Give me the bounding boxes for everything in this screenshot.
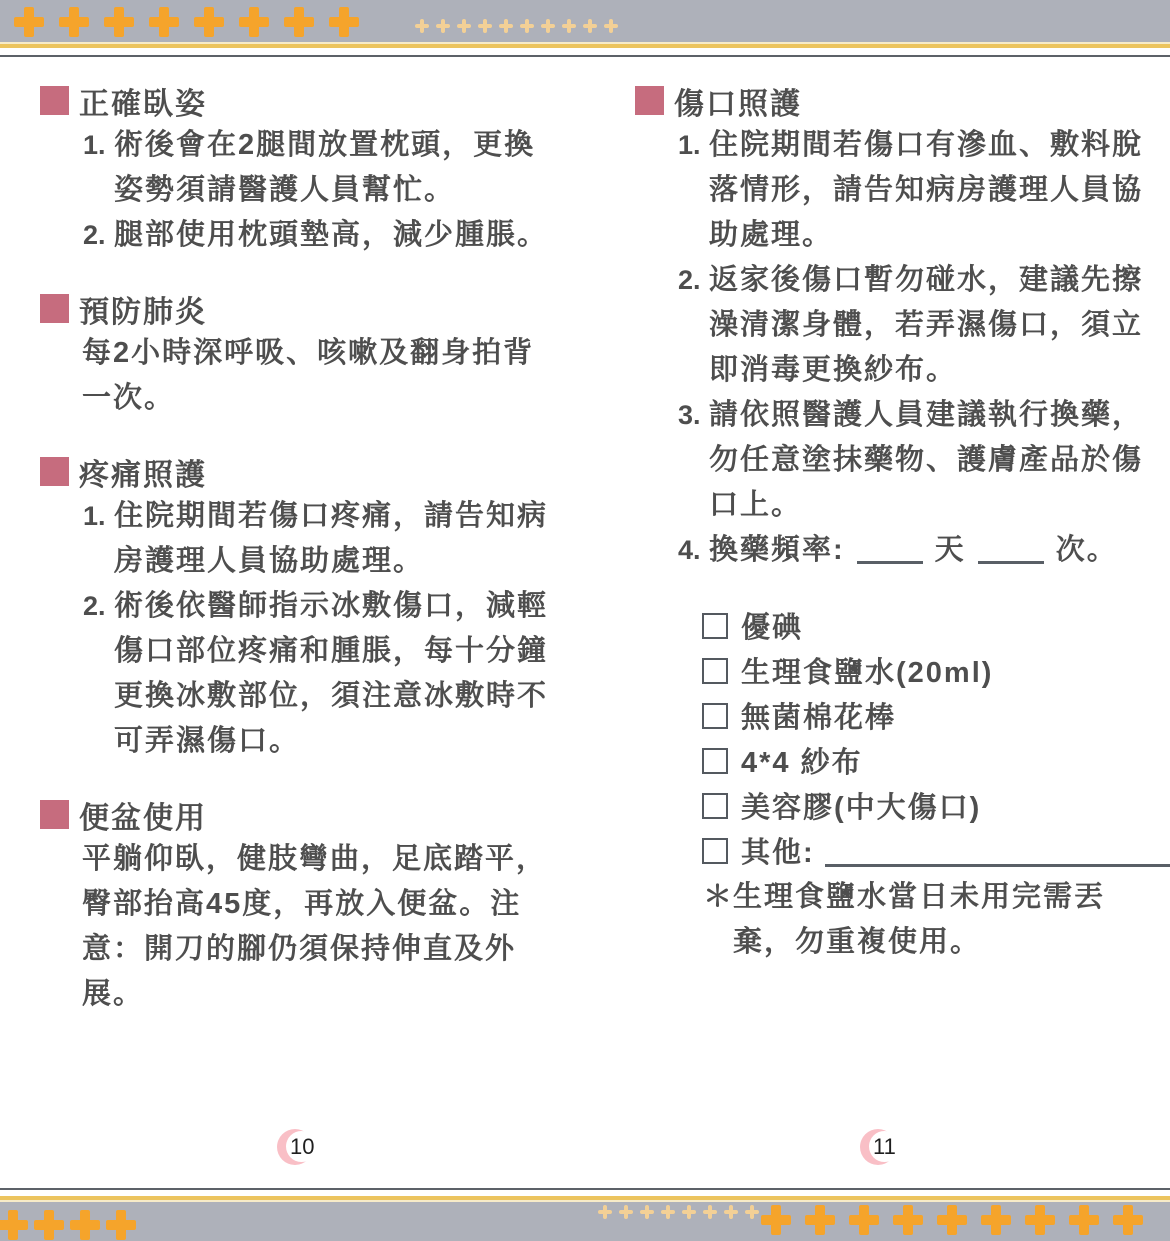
checkbox[interactable]	[702, 658, 728, 684]
plus-icon	[640, 1205, 654, 1219]
list-item: 2. 腿部使用枕頭墊高，減少腫脹。	[83, 213, 585, 258]
checklist-item-sterile-swab: 無菌棉花棒	[702, 693, 1170, 738]
bottom-dark-rule	[0, 1188, 1170, 1190]
plus-icon	[1025, 1205, 1055, 1235]
list-item: 1. 術後會在2腿間放置枕頭，更換 姿勢須請醫護人員幫忙。	[83, 123, 585, 213]
section-correct-lying-posture: 正確臥姿 1. 術後會在2腿間放置枕頭，更換 姿勢須請醫護人員幫忙。 2. 腿部…	[40, 78, 585, 258]
plus-icon	[0, 1210, 28, 1240]
plus-icon	[604, 19, 618, 33]
list-item: 1. 住院期間若傷口有滲血、敷料脫 落情形，請告知病房護理人員協 助處理。	[678, 123, 1170, 258]
plus-icon	[805, 1205, 835, 1235]
list-item: 3. 請依照醫護人員建議執行換藥， 勿任意塗抹藥物、護膚產品於傷 口上。	[678, 393, 1170, 528]
plus-icon	[562, 19, 576, 33]
list-item-text: 住院期間若傷口有滲血、敷料脫 落情形，請告知病房護理人員協 助處理。	[709, 123, 1143, 258]
list-item-number: 1.	[83, 494, 114, 584]
plus-icon	[598, 1205, 612, 1219]
saline-note: ＊ 生理食鹽水當日未用完需丟 棄，勿重複使用。	[703, 875, 1170, 965]
checklist-item-surgical-tape: 美容膠(中大傷口)	[702, 783, 1170, 828]
bottom-plus-row-small	[598, 1205, 759, 1219]
section-bullet-square	[40, 800, 69, 829]
section-wound-care: 傷口照護 1. 住院期間若傷口有滲血、敷料脫 落情形，請告知病房護理人員協 助處…	[635, 78, 1170, 965]
list-item-number: 2.	[83, 213, 114, 258]
dressing-frequency-line: 4.換藥頻率:天次。	[678, 528, 1170, 573]
note-text: 生理食鹽水當日未用完需丟 棄，勿重複使用。	[733, 875, 1105, 965]
checkbox[interactable]	[702, 793, 728, 819]
plus-icon	[761, 1205, 791, 1235]
list-item: 1. 住院期間若傷口疼痛，請告知病 房護理人員協助處理。	[83, 494, 585, 584]
plus-icon	[849, 1205, 879, 1235]
list-item-text: 請依照醫護人員建議執行換藥， 勿任意塗抹藥物、護膚產品於傷 口上。	[709, 393, 1143, 528]
top-dark-rule	[0, 55, 1170, 57]
frequency-times-blank-field[interactable]	[978, 557, 1044, 564]
checkbox-label: 生理食鹽水(20ml)	[741, 650, 993, 691]
section-header: 便盆使用	[40, 792, 585, 837]
section-header: 預防肺炎	[40, 286, 585, 331]
bottom-plus-row-large-left	[0, 1210, 136, 1240]
section-title: 傷口照護	[674, 79, 802, 123]
frequency-label: 換藥頻率:	[709, 528, 845, 573]
top-plus-row-small	[415, 19, 618, 33]
list-item-number: 2.	[678, 258, 709, 393]
plus-icon	[457, 19, 471, 33]
list-item-number: 3.	[678, 393, 709, 528]
list-item-text: 住院期間若傷口疼痛，請告知病 房護理人員協助處理。	[114, 494, 548, 584]
section-pneumonia-prevention: 預防肺炎 每2小時深呼吸、咳嗽及翻身拍背 一次。	[40, 286, 585, 421]
list-item: 2. 術後依醫師指示冰敷傷口，減輕 傷口部位疼痛和腫脹，每十分鐘 更換冰敷部位，…	[83, 584, 585, 764]
plus-icon	[478, 19, 492, 33]
list-item-number: 2.	[83, 584, 114, 764]
top-plus-row-large	[14, 7, 359, 37]
plus-icon	[104, 7, 134, 37]
checklist-item-saline: 生理食鹽水(20ml)	[702, 648, 1170, 693]
top-gold-rule	[0, 44, 1170, 48]
page-number: 11	[873, 1134, 896, 1160]
checkbox[interactable]	[702, 703, 728, 729]
checklist-item-iodine: 優碘	[702, 603, 1170, 648]
plus-icon	[682, 1205, 696, 1219]
plus-icon	[541, 19, 555, 33]
asterisk-marker: ＊	[703, 875, 733, 965]
section-header: 疼痛照護	[40, 449, 585, 494]
section-body-text: 每2小時深呼吸、咳嗽及翻身拍背 一次。	[82, 331, 585, 421]
list-item-text: 腿部使用枕頭墊高，減少腫脹。	[114, 213, 548, 258]
bottom-plus-row-large-right	[761, 1205, 1143, 1235]
checkbox[interactable]	[702, 748, 728, 774]
plus-icon	[1069, 1205, 1099, 1235]
list-item-text: 術後依醫師指示冰敷傷口，減輕 傷口部位疼痛和腫脹，每十分鐘 更換冰敷部位，須注意…	[114, 584, 548, 764]
plus-icon	[981, 1205, 1011, 1235]
plus-icon	[583, 19, 597, 33]
frequency-unit-day: 天	[935, 528, 966, 573]
plus-icon	[724, 1205, 738, 1219]
section-bullet-square	[40, 86, 69, 115]
plus-icon	[499, 19, 513, 33]
checklist-item-gauze: 4*4 紗布	[702, 738, 1170, 783]
list-item-number: 1.	[678, 123, 709, 258]
plus-icon	[520, 19, 534, 33]
other-blank-field[interactable]	[825, 860, 1170, 867]
booklet-spread: 正確臥姿 1. 術後會在2腿間放置枕頭，更換 姿勢須請醫護人員幫忙。 2. 腿部…	[0, 0, 1170, 1241]
dressing-supplies-checklist: 優碘 生理食鹽水(20ml) 無菌棉花棒 4*4 紗布 美容膠(中大傷口)	[702, 603, 1170, 873]
section-bullet-square	[635, 86, 664, 115]
checkbox-label: 優碘	[741, 605, 803, 646]
list-item-text: 術後會在2腿間放置枕頭，更換 姿勢須請醫護人員幫忙。	[114, 123, 535, 213]
list-item: 2. 返家後傷口暫勿碰水，建議先擦 澡清潔身體，若弄濕傷口，須立 即消毒更換紗布…	[678, 258, 1170, 393]
section-title: 預防肺炎	[79, 287, 207, 331]
plus-icon	[14, 7, 44, 37]
checkbox-label: 無菌棉花棒	[741, 695, 896, 736]
plus-icon	[70, 1210, 100, 1240]
section-bullet-square	[40, 294, 69, 323]
top-decorative-band	[0, 0, 1170, 42]
plus-icon	[745, 1205, 759, 1219]
plus-icon	[436, 19, 450, 33]
checkbox-label: 美容膠(中大傷口)	[741, 785, 981, 826]
plus-icon	[415, 19, 429, 33]
list-item-number: 1.	[83, 123, 114, 213]
checkbox[interactable]	[702, 838, 728, 864]
page-marker-11: 11	[860, 1129, 898, 1165]
section-body-text: 平躺仰臥，健肢彎曲，足底踏平， 臀部抬高45度，再放入便盆。注 意：開刀的腳仍須…	[82, 837, 585, 1017]
page-11-content: 傷口照護 1. 住院期間若傷口有滲血、敷料脫 落情形，請告知病房護理人員協 助處…	[635, 78, 1170, 993]
plus-icon	[59, 7, 89, 37]
section-pain-care: 疼痛照護 1. 住院期間若傷口疼痛，請告知病 房護理人員協助處理。 2. 術後依…	[40, 449, 585, 764]
checkbox[interactable]	[702, 613, 728, 639]
section-title: 便盆使用	[79, 793, 207, 837]
checkbox-label: 4*4 紗布	[741, 740, 863, 781]
plus-icon	[661, 1205, 675, 1219]
plus-icon	[893, 1205, 923, 1235]
plus-icon	[1113, 1205, 1143, 1235]
list-item-text: 返家後傷口暫勿碰水，建議先擦 澡清潔身體，若弄濕傷口，須立 即消毒更換紗布。	[709, 258, 1143, 393]
page-10-content: 正確臥姿 1. 術後會在2腿間放置枕頭，更換 姿勢須請醫護人員幫忙。 2. 腿部…	[40, 78, 585, 1045]
plus-icon	[619, 1205, 633, 1219]
plus-icon	[239, 7, 269, 37]
plus-icon	[106, 1210, 136, 1240]
section-title: 正確臥姿	[79, 79, 207, 123]
section-header: 傷口照護	[635, 78, 1170, 123]
section-bedpan-use: 便盆使用 平躺仰臥，健肢彎曲，足底踏平， 臀部抬高45度，再放入便盆。注 意：開…	[40, 792, 585, 1017]
plus-icon	[284, 7, 314, 37]
frequency-days-blank-field[interactable]	[857, 557, 923, 564]
plus-icon	[329, 7, 359, 37]
section-bullet-square	[40, 457, 69, 486]
section-title: 疼痛照護	[79, 450, 207, 494]
plus-icon	[703, 1205, 717, 1219]
list-item-number: 4.	[678, 528, 709, 573]
plus-icon	[194, 7, 224, 37]
plus-icon	[937, 1205, 967, 1235]
checklist-item-other: 其他:	[702, 828, 1170, 873]
plus-icon	[149, 7, 179, 37]
section-header: 正確臥姿	[40, 78, 585, 123]
frequency-unit-times: 次。	[1056, 528, 1118, 573]
plus-icon	[34, 1210, 64, 1240]
page-number: 10	[290, 1134, 314, 1160]
checkbox-label: 其他:	[741, 830, 815, 871]
page-marker-10: 10	[277, 1129, 315, 1165]
